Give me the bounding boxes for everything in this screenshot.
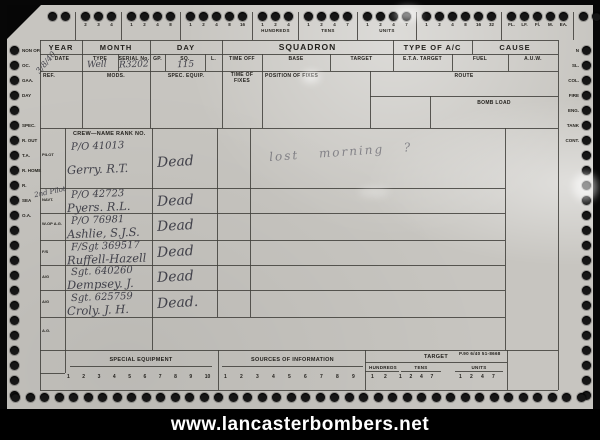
target-tens-number: 7 bbox=[431, 374, 434, 380]
margin-row: O.A. bbox=[10, 208, 41, 223]
margin-label: GAA. bbox=[22, 78, 33, 83]
top-scale-group-7: 12481632 bbox=[416, 12, 501, 40]
margin-label: SPEC. bbox=[22, 123, 36, 128]
margin-row: T.A. bbox=[10, 148, 41, 163]
margin-row: TANK bbox=[566, 118, 592, 133]
punch-hole bbox=[316, 393, 325, 402]
crew-role-label: PILOT bbox=[42, 152, 66, 157]
punch-hole bbox=[238, 12, 247, 21]
margin-row: N bbox=[566, 43, 592, 58]
margin-label: R. OUT bbox=[22, 138, 37, 143]
punch-hole bbox=[363, 12, 372, 21]
crew-name: Pyers. R.L. bbox=[67, 199, 131, 215]
 bbox=[302, 12, 315, 21]
scale-number: 2 bbox=[269, 22, 282, 27]
punch-hole bbox=[559, 12, 568, 21]
scale-number: 2 bbox=[197, 22, 210, 27]
margin-label: FIRE bbox=[569, 93, 579, 98]
punch-hole bbox=[142, 393, 151, 402]
punch-hole bbox=[579, 12, 588, 21]
grid-line bbox=[40, 128, 558, 129]
crew-role-label: A.G. bbox=[42, 328, 66, 333]
punch-hole bbox=[343, 12, 352, 21]
punch-hole bbox=[171, 393, 180, 402]
margin-row bbox=[566, 343, 592, 358]
punch-hole bbox=[10, 286, 19, 295]
sources-of-information-header: SOURCES OF INFORMATION bbox=[222, 357, 363, 363]
: FL.LF.Fl.M.EA. bbox=[505, 21, 570, 27]
margin-row bbox=[10, 313, 41, 328]
scale-number: 3 bbox=[92, 22, 105, 27]
punch-hole bbox=[140, 12, 149, 21]
scale-number: 4 bbox=[151, 22, 164, 27]
 bbox=[518, 12, 531, 21]
margin-row bbox=[10, 253, 41, 268]
scale-number: 32 bbox=[485, 22, 498, 27]
target-tens-number: 1 bbox=[399, 374, 402, 380]
punch-hole bbox=[229, 393, 238, 402]
handwritten-squadron: 115 bbox=[177, 60, 195, 71]
special-equipment-number: 1 bbox=[67, 374, 70, 380]
punch-hole bbox=[546, 12, 555, 21]
top-scale-group-9 bbox=[573, 12, 600, 40]
punch-card: 2341248124816124HUNDREDS1247TENS1247UNIT… bbox=[7, 5, 593, 409]
punch-hole bbox=[214, 393, 223, 402]
 bbox=[577, 21, 600, 22]
grid-line bbox=[40, 71, 558, 72]
 bbox=[302, 12, 354, 21]
punch-hole bbox=[84, 393, 93, 402]
punch-hole bbox=[582, 136, 591, 145]
grid-line bbox=[70, 366, 212, 367]
punch-hole bbox=[153, 12, 162, 21]
 bbox=[269, 12, 282, 21]
margin-row bbox=[10, 223, 41, 238]
top-scale-group-8: FL.LF.Fl.M.EA. bbox=[501, 12, 573, 40]
margin-row bbox=[566, 268, 592, 283]
crew-role-label: A/G bbox=[42, 299, 66, 304]
crew-fate: Dead bbox=[157, 268, 195, 286]
punch-hole bbox=[10, 361, 19, 370]
punch-hole bbox=[287, 393, 296, 402]
crew-role-label: NAVT. bbox=[42, 197, 66, 202]
margin-label: SL. bbox=[572, 63, 579, 68]
punch-hole bbox=[10, 91, 19, 100]
 bbox=[505, 12, 570, 21]
label-target: TARGET bbox=[330, 56, 393, 62]
watermark-url: www.lancasterbombers.net bbox=[171, 414, 429, 436]
scale-number: LF. bbox=[518, 22, 531, 27]
grid-line bbox=[370, 96, 558, 97]
 bbox=[46, 12, 72, 21]
margin-label: COL. bbox=[568, 78, 579, 83]
margin-label: R. bbox=[22, 183, 27, 188]
punch-hole bbox=[422, 12, 431, 21]
special-equipment-number: 8 bbox=[174, 374, 177, 380]
scale-number: 2 bbox=[79, 22, 92, 27]
punch-hole bbox=[10, 151, 19, 160]
margin-label: T.A. bbox=[22, 153, 30, 158]
punch-hole bbox=[10, 376, 19, 385]
sources-number: 1 bbox=[224, 374, 227, 380]
 bbox=[197, 12, 210, 21]
punch-hole bbox=[113, 393, 122, 402]
margin-row: COL. bbox=[566, 73, 592, 88]
grid-line bbox=[222, 366, 363, 367]
punch-hole bbox=[388, 393, 397, 402]
scale-number: EA. bbox=[557, 22, 570, 27]
label-mods: MODS. bbox=[82, 73, 150, 79]
punch-hole bbox=[582, 106, 591, 115]
punch-hole bbox=[374, 393, 383, 402]
grid-line bbox=[165, 54, 166, 71]
top-scale-group-3: 124816 bbox=[180, 12, 252, 40]
grid-line bbox=[452, 54, 453, 71]
punch-hole bbox=[461, 12, 470, 21]
 bbox=[256, 12, 295, 21]
grid-line bbox=[218, 350, 219, 390]
punch-hole bbox=[432, 393, 441, 402]
punch-hole bbox=[592, 12, 600, 21]
grid-line bbox=[82, 40, 83, 128]
scale-number: 1 bbox=[184, 22, 197, 27]
grid-line bbox=[330, 54, 331, 71]
 bbox=[544, 12, 557, 21]
punch-hole bbox=[11, 393, 20, 402]
label-eta-target: E.T.A. TARGET bbox=[393, 56, 452, 62]
punch-hole bbox=[446, 393, 455, 402]
 bbox=[59, 12, 72, 21]
scale-number: 1 bbox=[361, 22, 374, 27]
label-l: L. bbox=[205, 56, 222, 62]
grid-line bbox=[262, 54, 263, 128]
scale-caption: TENS bbox=[321, 28, 335, 33]
label-auw: A.U.W. bbox=[508, 56, 558, 62]
label-bomb-load: BOMB LOAD bbox=[430, 100, 558, 106]
margin-label: DAY bbox=[22, 93, 31, 98]
punch-hole bbox=[55, 393, 64, 402]
punch-hole bbox=[474, 12, 483, 21]
scale-number: 2 bbox=[374, 22, 387, 27]
top-scale-group-0 bbox=[43, 12, 75, 40]
punch-hole bbox=[10, 256, 19, 265]
target-tens-number: 4 bbox=[420, 374, 423, 380]
punch-hole bbox=[98, 393, 107, 402]
 bbox=[151, 12, 164, 21]
punch-hole bbox=[582, 226, 591, 235]
scale-number: 7 bbox=[341, 22, 354, 27]
scale-number: FL. bbox=[505, 22, 518, 27]
punch-hole bbox=[582, 76, 591, 85]
 bbox=[446, 12, 459, 21]
grid-line bbox=[472, 40, 473, 54]
screenshot-root: 2341248124816124HUNDREDS1247TENS1247UNIT… bbox=[0, 0, 600, 440]
grid-line bbox=[505, 128, 506, 350]
punch-hole bbox=[582, 286, 591, 295]
punch-hole bbox=[186, 12, 195, 21]
header-day: DAY bbox=[150, 43, 222, 52]
punch-hole bbox=[10, 331, 19, 340]
header-squadron: SQUADRON bbox=[222, 42, 393, 52]
label-base: BASE bbox=[262, 56, 330, 62]
left-punch-column: NON OP.OC.GAA.DAYSPEC.R. OUTT.A.R. HOMER… bbox=[10, 43, 41, 403]
punch-hole bbox=[533, 393, 542, 402]
scale-number: 8 bbox=[164, 22, 177, 27]
scan-smudge bbox=[302, 71, 320, 83]
punch-hole bbox=[582, 211, 591, 220]
scale-caption: UNITS bbox=[379, 28, 395, 33]
punch-hole bbox=[107, 12, 116, 21]
punch-hole bbox=[435, 12, 444, 21]
special-equipment-number: 2 bbox=[82, 374, 85, 380]
punch-hole bbox=[81, 12, 90, 21]
sources-number: 3 bbox=[256, 374, 259, 380]
scale-number: Fl. bbox=[531, 22, 544, 27]
punch-hole bbox=[166, 12, 175, 21]
target-hundreds-caption: HUNDREDS bbox=[363, 365, 403, 370]
top-scale-group-4: 124HUNDREDS bbox=[252, 12, 298, 40]
margin-row bbox=[10, 343, 41, 358]
margin-row bbox=[566, 238, 592, 253]
 bbox=[557, 12, 570, 21]
target-hundreds-number: 1 bbox=[371, 374, 374, 380]
crew-fate: Dead bbox=[157, 217, 195, 235]
punch-hole bbox=[317, 12, 326, 21]
margin-row bbox=[566, 223, 592, 238]
punch-hole bbox=[26, 393, 35, 402]
grid-line bbox=[365, 371, 399, 372]
grid-line bbox=[508, 54, 509, 71]
scale-number: 4 bbox=[328, 22, 341, 27]
 bbox=[184, 12, 197, 21]
punch-hole bbox=[10, 226, 19, 235]
grid-line bbox=[152, 128, 153, 350]
punch-hole bbox=[582, 346, 591, 355]
punch-hole bbox=[10, 346, 19, 355]
margin-label: SEA bbox=[22, 198, 31, 203]
scan-smudge bbox=[395, 7, 421, 21]
header-type-of-ac: TYPE OF A/C bbox=[393, 43, 472, 52]
margin-row bbox=[10, 283, 41, 298]
punch-hole bbox=[520, 12, 529, 21]
label-route: ROUTE bbox=[370, 73, 558, 79]
header-year: YEAR bbox=[40, 43, 82, 52]
punch-hole bbox=[61, 12, 70, 21]
margin-row bbox=[566, 253, 592, 268]
margin-row: SL. bbox=[566, 58, 592, 73]
grid-line bbox=[430, 96, 431, 128]
margin-label: N bbox=[576, 48, 579, 53]
margin-label: NON OP. bbox=[22, 48, 40, 53]
punch-hole bbox=[94, 12, 103, 21]
margin-row bbox=[566, 283, 592, 298]
margin-row bbox=[10, 358, 41, 373]
grid-line bbox=[40, 317, 505, 318]
 bbox=[472, 12, 485, 21]
punch-hole bbox=[345, 393, 354, 402]
handwritten-type: Well bbox=[87, 60, 107, 71]
margin-row: CONT. bbox=[566, 133, 592, 148]
punch-hole bbox=[562, 393, 571, 402]
punch-hole bbox=[10, 181, 19, 190]
grid-line bbox=[40, 40, 558, 41]
margin-row bbox=[566, 313, 592, 328]
target-units-number: 2 bbox=[470, 374, 473, 380]
punch-hole bbox=[10, 46, 19, 55]
punch-hole bbox=[461, 393, 470, 402]
special-equipment-number: 4 bbox=[113, 374, 116, 380]
grid-line bbox=[455, 371, 503, 372]
punch-hole bbox=[582, 46, 591, 55]
crew-name: Ashlie, S.J.S. bbox=[67, 225, 140, 242]
label-ref: REF. bbox=[43, 73, 79, 79]
margin-row bbox=[566, 328, 592, 343]
handwritten-serial: R3202 bbox=[119, 59, 149, 70]
crew-header: CREW—NAME RANK NO. bbox=[73, 131, 163, 137]
 bbox=[577, 12, 600, 21]
 bbox=[433, 12, 446, 21]
punch-hole bbox=[490, 393, 499, 402]
margin-row: ENG. bbox=[566, 103, 592, 118]
punch-hole bbox=[359, 393, 368, 402]
watermark-bar: www.lancasterbombers.net bbox=[0, 409, 600, 440]
scale-caption: HUNDREDS bbox=[261, 28, 290, 33]
: 1247 bbox=[302, 21, 354, 27]
punch-hole bbox=[582, 361, 591, 370]
crew-name: Croly. J. H. bbox=[67, 302, 129, 318]
scale-number: 4 bbox=[105, 22, 118, 27]
punch-hole bbox=[403, 393, 412, 402]
scale-number: 1 bbox=[302, 22, 315, 27]
punch-hole bbox=[10, 61, 19, 70]
 bbox=[236, 12, 249, 21]
special-equipment-number: 3 bbox=[98, 374, 101, 380]
punch-hole bbox=[10, 271, 19, 280]
punch-hole bbox=[10, 136, 19, 145]
margin-row bbox=[10, 328, 41, 343]
grid-line bbox=[205, 54, 206, 71]
scale-number: 2 bbox=[138, 22, 151, 27]
special-equipment-number: 7 bbox=[159, 374, 162, 380]
 bbox=[341, 12, 354, 21]
scale-number: 4 bbox=[387, 22, 400, 27]
 bbox=[184, 12, 249, 21]
punch-hole bbox=[582, 316, 591, 325]
: 12481632 bbox=[420, 21, 498, 27]
target-units-number: 4 bbox=[481, 374, 484, 380]
scale-number: 8 bbox=[223, 22, 236, 27]
grid-line bbox=[558, 40, 559, 390]
crew-name: Gerry. R.T. bbox=[67, 161, 129, 177]
crew-fate: Dead bbox=[157, 192, 195, 210]
special-equipment-number: 6 bbox=[144, 374, 147, 380]
target-hundreds-number: 2 bbox=[384, 374, 387, 380]
margin-row bbox=[10, 238, 41, 253]
form-reference: P.90 6/40 51-8668 bbox=[459, 351, 559, 356]
crew-role-label: A/G bbox=[42, 274, 66, 279]
: 1248 bbox=[125, 21, 177, 27]
 bbox=[164, 12, 177, 21]
scale-number: 16 bbox=[236, 22, 249, 27]
margin-row bbox=[566, 298, 592, 313]
margin-row: NON OP. bbox=[10, 43, 41, 58]
punch-hole bbox=[10, 196, 19, 205]
punch-hole bbox=[212, 12, 221, 21]
punch-hole bbox=[330, 12, 339, 21]
top-punch-scale: 2341248124816124HUNDREDS1247TENS1247UNIT… bbox=[43, 12, 587, 40]
margin-row: FIRE bbox=[566, 88, 592, 103]
punch-hole bbox=[417, 393, 426, 402]
 bbox=[590, 12, 600, 21]
pencil-note: lost morning ? bbox=[269, 140, 413, 164]
punch-hole bbox=[577, 393, 586, 402]
punch-hole bbox=[548, 393, 557, 402]
grid-line bbox=[365, 362, 507, 363]
grid-line bbox=[507, 350, 508, 390]
margin-label: R. HOME bbox=[22, 168, 41, 173]
margin-row bbox=[10, 268, 41, 283]
punch-hole bbox=[10, 166, 19, 175]
margin-row bbox=[10, 103, 41, 118]
target-units-number: 1 bbox=[459, 374, 462, 380]
 bbox=[459, 12, 472, 21]
special-equipment-number: 9 bbox=[189, 374, 192, 380]
sources-number: 2 bbox=[240, 374, 243, 380]
: 124816 bbox=[184, 21, 249, 27]
 bbox=[328, 12, 341, 21]
grid-line bbox=[118, 54, 119, 71]
punch-hole bbox=[582, 121, 591, 130]
crew-fate: Dead. bbox=[157, 294, 199, 312]
scale-number: 1 bbox=[125, 22, 138, 27]
grid-line bbox=[40, 40, 41, 390]
target-tens-number: 2 bbox=[410, 374, 413, 380]
margin-row bbox=[10, 373, 41, 388]
punch-hole bbox=[10, 241, 19, 250]
punch-hole bbox=[10, 106, 19, 115]
punch-hole bbox=[10, 121, 19, 130]
scale-number: 1 bbox=[256, 22, 269, 27]
 bbox=[420, 12, 433, 21]
scale-number: 8 bbox=[459, 22, 472, 27]
grid-line bbox=[393, 40, 394, 71]
scan-smudge bbox=[573, 173, 597, 201]
grid-line bbox=[370, 71, 371, 128]
label-fuel: FUEL bbox=[452, 56, 508, 62]
punch-hole bbox=[258, 12, 267, 21]
: 124 bbox=[256, 21, 295, 27]
 bbox=[374, 12, 387, 21]
special-equipment-number: 5 bbox=[128, 374, 131, 380]
punch-hole bbox=[284, 12, 293, 21]
margin-label: ENG. bbox=[568, 108, 579, 113]
scale-number: 2 bbox=[315, 22, 328, 27]
scale-number: M. bbox=[544, 22, 557, 27]
punch-hole bbox=[582, 91, 591, 100]
grid-line bbox=[250, 128, 251, 317]
grid-line bbox=[401, 371, 441, 372]
punch-hole bbox=[200, 393, 209, 402]
label-time-of-fixes: TIME OF FIXES bbox=[223, 73, 261, 85]
punch-hole bbox=[301, 393, 310, 402]
right-punch-column: NSL.COL.FIREENG.TANKCONT. bbox=[566, 43, 592, 403]
crew-fate: Dead bbox=[157, 243, 195, 261]
margin-row bbox=[566, 358, 592, 373]
punch-hole bbox=[243, 393, 252, 402]
target-units-number: 7 bbox=[492, 374, 495, 380]
header-cause: CAUSE bbox=[472, 43, 558, 52]
margin-row: DAY bbox=[10, 88, 41, 103]
